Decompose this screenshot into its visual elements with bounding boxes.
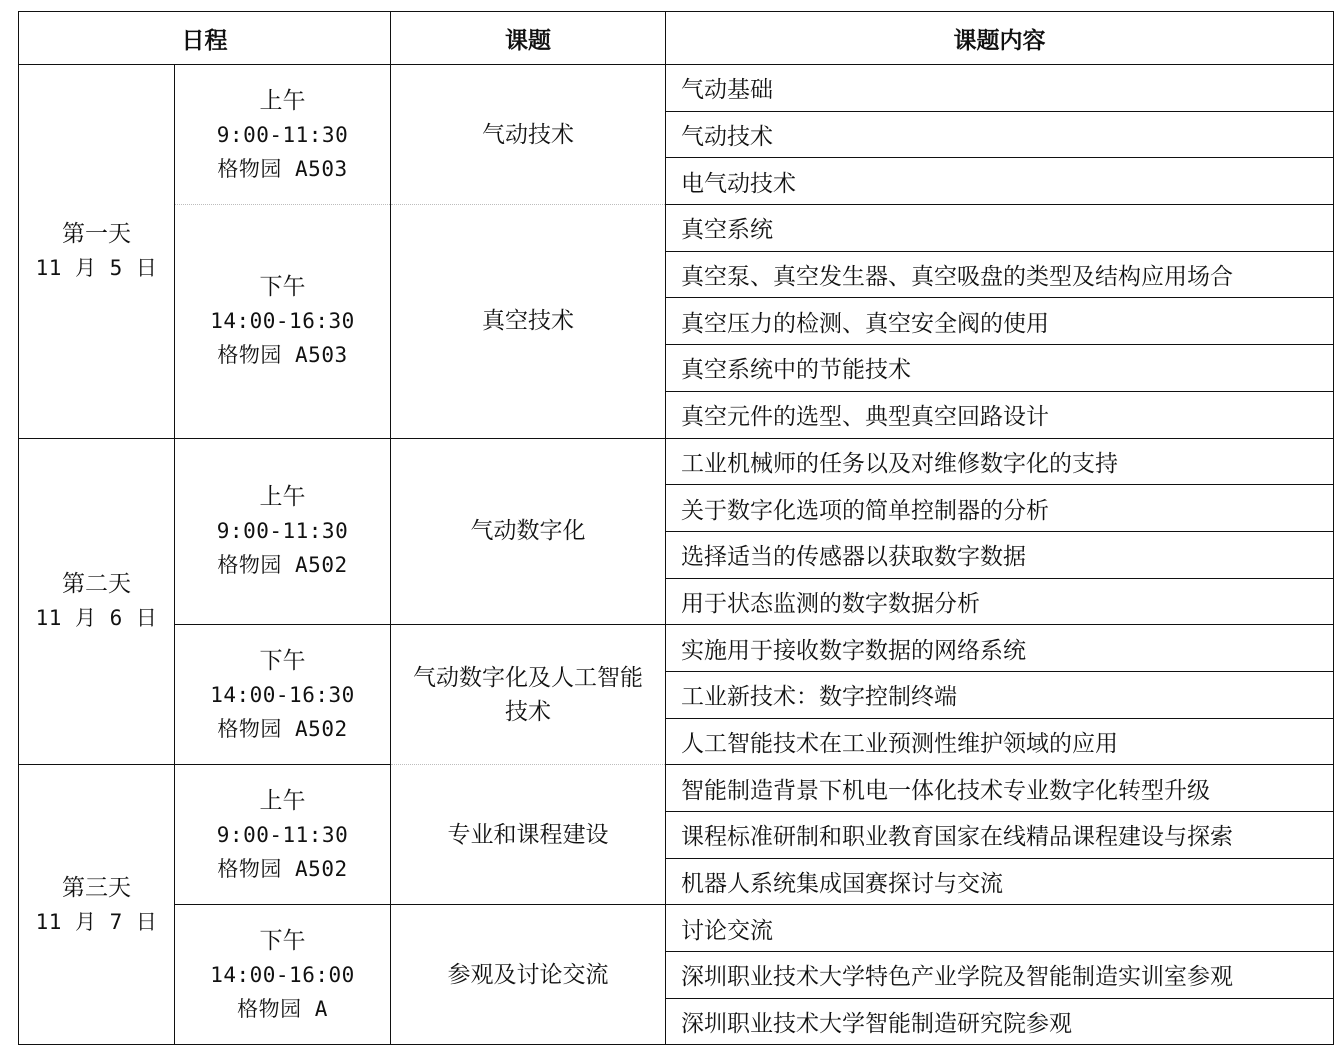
header-row: 日程 课题 课题内容 (19, 12, 1334, 65)
topic-cell: 气动数字化及人工智能技术 (391, 625, 666, 765)
topic-cell: 真空技术 (391, 205, 666, 438)
day-cell: 第一天 11 月 5 日 (19, 65, 175, 439)
session-time: 9:00-11:30 (175, 514, 390, 548)
session-time: 14:00-16:30 (175, 678, 390, 712)
topic-text: 气动数字化 (408, 514, 648, 548)
topic-text: 真空技术 (408, 304, 648, 338)
session-period: 下午 (175, 644, 390, 678)
session-period: 下午 (175, 270, 390, 304)
content-item: 工业新技术：数字控制终端 (666, 671, 1334, 718)
session-period: 上午 (175, 480, 390, 514)
session-cell: 上午 9:00-11:30 格物园 A502 (175, 438, 391, 625)
topic-cell: 参观及讨论交流 (391, 905, 666, 1045)
content-item: 电气动技术 (666, 158, 1334, 205)
content-item: 深圳职业技术大学智能制造研究院参观 (666, 998, 1334, 1045)
session-cell: 上午 9:00-11:30 格物园 A502 (175, 765, 391, 905)
session-cell: 下午 14:00-16:30 格物园 A503 (175, 205, 391, 438)
table-row: 第三天 11 月 7 日 上午 9:00-11:30 格物园 A502 专业和课… (19, 765, 1334, 812)
session-room: 格物园 A503 (175, 152, 390, 186)
topic-cell: 专业和课程建设 (391, 765, 666, 905)
session-room: 格物园 A502 (175, 712, 390, 746)
header-content: 课题内容 (666, 12, 1334, 65)
session-room: 格物园 A502 (175, 548, 390, 582)
header-schedule: 日程 (19, 12, 391, 65)
session-period: 上午 (175, 784, 390, 818)
content-item: 人工智能技术在工业预测性维护领域的应用 (666, 718, 1334, 765)
day-label: 第二天 (19, 567, 174, 601)
content-item: 工业机械师的任务以及对维修数字化的支持 (666, 438, 1334, 485)
content-item: 课程标准研制和职业教育国家在线精品课程建设与探索 (666, 812, 1334, 859)
topic-text: 气动数字化及人工智能技术 (408, 661, 648, 729)
content-item: 实施用于接收数字数据的网络系统 (666, 625, 1334, 672)
content-item: 气动技术 (666, 111, 1334, 158)
session-period: 下午 (175, 924, 390, 958)
session-cell: 下午 14:00-16:30 格物园 A502 (175, 625, 391, 765)
table-row: 下午 14:00-16:30 格物园 A502 气动数字化及人工智能技术 实施用… (19, 625, 1334, 672)
day-date: 11 月 7 日 (19, 905, 174, 939)
day-date: 11 月 6 日 (19, 601, 174, 635)
content-item: 真空压力的检测、真空安全阀的使用 (666, 298, 1334, 345)
header-topic: 课题 (391, 12, 666, 65)
table-row: 第二天 11 月 6 日 上午 9:00-11:30 格物园 A502 气动数字… (19, 438, 1334, 485)
session-room: 格物园 A (175, 992, 390, 1026)
topic-text: 参观及讨论交流 (408, 958, 648, 992)
session-room: 格物园 A503 (175, 338, 390, 372)
session-time: 9:00-11:30 (175, 818, 390, 852)
content-item: 真空系统 (666, 205, 1334, 252)
session-time: 14:00-16:00 (175, 958, 390, 992)
table-row: 第一天 11 月 5 日 上午 9:00-11:30 格物园 A503 气动技术… (19, 65, 1334, 112)
content-item: 真空系统中的节能技术 (666, 345, 1334, 392)
table-row: 下午 14:00-16:00 格物园 A 参观及讨论交流 讨论交流 (19, 905, 1334, 952)
content-item: 关于数字化选项的简单控制器的分析 (666, 485, 1334, 532)
session-room: 格物园 A502 (175, 852, 390, 886)
content-item: 深圳职业技术大学特色产业学院及智能制造实训室参观 (666, 952, 1334, 999)
session-time: 14:00-16:30 (175, 304, 390, 338)
day-label: 第一天 (19, 217, 174, 251)
content-item: 真空泵、真空发生器、真空吸盘的类型及结构应用场合 (666, 251, 1334, 298)
schedule-table: 日程 课题 课题内容 第一天 11 月 5 日 上午 9:00-11:30 格物… (18, 11, 1334, 1045)
topic-text: 专业和课程建设 (408, 818, 648, 852)
content-item: 讨论交流 (666, 905, 1334, 952)
day-cell: 第三天 11 月 7 日 (19, 765, 175, 1045)
topic-text: 气动技术 (408, 118, 648, 152)
content-item: 选择适当的传感器以获取数字数据 (666, 531, 1334, 578)
session-cell: 下午 14:00-16:00 格物园 A (175, 905, 391, 1045)
day-cell: 第二天 11 月 6 日 (19, 438, 175, 765)
content-item: 机器人系统集成国赛探讨与交流 (666, 858, 1334, 905)
content-item: 真空元件的选型、典型真空回路设计 (666, 391, 1334, 438)
session-cell: 上午 9:00-11:30 格物园 A503 (175, 65, 391, 205)
content-item: 气动基础 (666, 65, 1334, 112)
topic-cell: 气动技术 (391, 65, 666, 205)
table-row: 下午 14:00-16:30 格物园 A503 真空技术 真空系统 (19, 205, 1334, 252)
session-period: 上午 (175, 84, 390, 118)
session-time: 9:00-11:30 (175, 118, 390, 152)
content-item: 智能制造背景下机电一体化技术专业数字化转型升级 (666, 765, 1334, 812)
day-date: 11 月 5 日 (19, 251, 174, 285)
topic-cell: 气动数字化 (391, 438, 666, 625)
content-item: 用于状态监测的数字数据分析 (666, 578, 1334, 625)
day-label: 第三天 (19, 871, 174, 905)
